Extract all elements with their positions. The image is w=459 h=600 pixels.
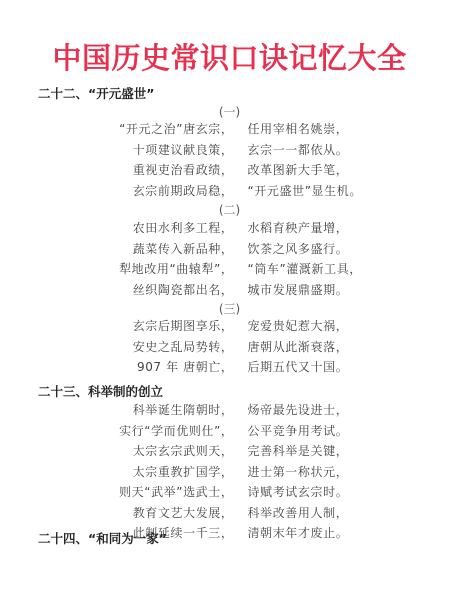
verse-line: 蔬菜传入新品种，饮茶之风多盛行。 [0, 239, 459, 260]
section-heading-22: 二十二、“开元盛世” [38, 86, 154, 102]
verse-line: 太宗玄宗武则天，完善科举是关键， [0, 441, 459, 462]
verse-line: 十项建议献良策，玄宗一一都依从。 [0, 140, 459, 161]
verse-block-23: 科举诞生隋朝时，炀帝最先设进士， 实行“学而优则仕”，公平竞争用考试。 太宗玄宗… [0, 400, 459, 544]
part-label-1: (一) [0, 104, 459, 120]
verse-block-22-1: “开元之治”唐玄宗，任用宰相名姚崇， 十项建议献良策，玄宗一一都依从。 重视吏治… [0, 119, 459, 201]
verse-line: 教育文艺大发展，科举改善用人制， [0, 503, 459, 524]
page-title: 中国历史常识口诀记忆大全 [0, 40, 459, 76]
verse-block-22-3: 玄宗后期图享乐，宠爱贵妃惹大祸， 安史之乱局势转，唐朝从此渐衰落， 907 年 … [0, 316, 459, 378]
verse-line: 农田水利多工程，水稻育秧产量增， [0, 218, 459, 239]
verse-line: 太宗重教扩国学，进士第一称状元， [0, 462, 459, 483]
verse-line: 重视吏治看政绩，改革图新大手笔， [0, 160, 459, 181]
verse-line: 907 年 唐朝亡，后期五代又十国。 [0, 357, 459, 378]
verse-line: 玄宗前期政局稳，“开元盛世”显生机。 [0, 181, 459, 202]
verse-line: 玄宗后期图享乐，宠爱贵妃惹大祸， [0, 316, 459, 337]
section-heading-24: 二十四、“和同为一家” [38, 531, 167, 547]
verse-line: 安史之乱局势转，唐朝从此渐衰落， [0, 337, 459, 358]
verse-line: 丝织陶瓷都出名，城市发展鼎盛期。 [0, 280, 459, 301]
verse-block-22-2: 农田水利多工程，水稻育秧产量增， 蔬菜传入新品种，饮茶之风多盛行。 犁地改用“曲… [0, 218, 459, 300]
verse-line: 科举诞生隋朝时，炀帝最先设进士， [0, 400, 459, 421]
verse-line: 则天“武举”选武士，诗赋考试玄宗时。 [0, 482, 459, 503]
verse-line: 实行“学而优则仕”，公平竞争用考试。 [0, 421, 459, 442]
verse-line: 犁地改用“曲辕犁”，“筒车”灌溉新工具， [0, 259, 459, 280]
section-heading-23: 二十三、科举制的创立 [38, 384, 163, 400]
part-label-2: (二) [0, 202, 459, 218]
part-label-3: (三) [0, 301, 459, 317]
verse-line: “开元之治”唐玄宗，任用宰相名姚崇， [0, 119, 459, 140]
